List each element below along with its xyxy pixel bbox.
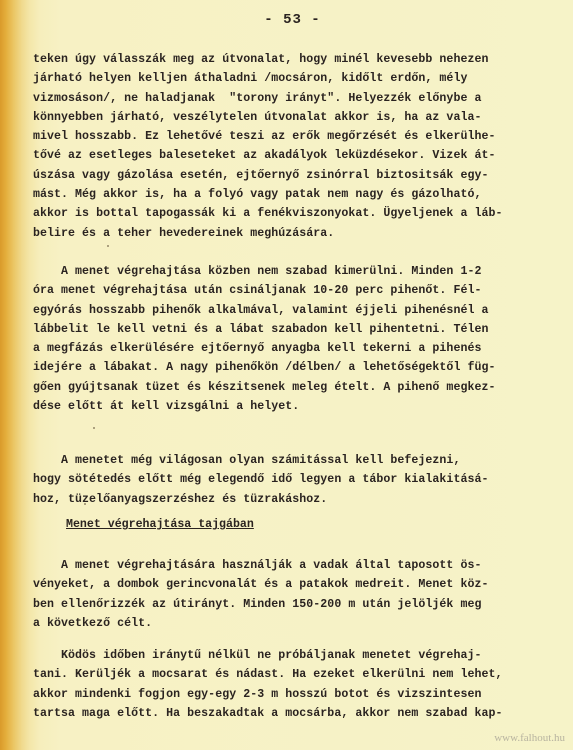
text-line: A menetet még világosan olyan számitássa… (33, 451, 563, 470)
text-line: akkor mindenki fogjon egy-egy 2-3 m hoss… (33, 685, 563, 704)
text-line: vényeket, a dombok gerincvonalát és a pa… (33, 575, 563, 594)
text-line: járható helyen kelljen áthaladni /mocsár… (33, 69, 563, 88)
ink-speck (127, 501, 129, 503)
ink-speck (107, 245, 109, 247)
page-number: - 53 - (0, 12, 573, 28)
text-line: teken úgy válasszák meg az útvonalat, ho… (33, 50, 563, 69)
text-line: vizmosáson/, ne haladjanak "torony irány… (33, 89, 563, 108)
ink-speck (84, 503, 86, 505)
paragraph-5: Ködös időben iránytű nélkül ne próbáljan… (33, 646, 563, 723)
text-line: úszása vagy gázolása esetén, ejtőernyő z… (33, 166, 563, 185)
paragraph-4: A menet végrehajtására használják a vada… (33, 556, 563, 633)
text-line: A menet végrehajtására használják a vada… (33, 556, 563, 575)
text-line: tartsa maga előtt. Ha beszakadtak a mocs… (33, 704, 563, 723)
text-line: ben ellenőrizzék az útirányt. Minden 150… (33, 595, 563, 614)
paragraph-1: teken úgy válasszák meg az útvonalat, ho… (33, 50, 563, 243)
text-line: dése előtt át kell vizsgálni a helyet. (33, 397, 563, 416)
text-line: mást. Még akkor is, ha a folyó vagy pata… (33, 185, 563, 204)
section-heading: Menet végrehajtása tajgában (66, 518, 254, 531)
text-line: a megfázás elkerülésére ejtőernyő anyagb… (33, 339, 563, 358)
text-line: tővé az esetleges baleseteket az akadály… (33, 146, 563, 165)
text-line: A menet végrehajtása közben nem szabad k… (33, 262, 563, 281)
text-line: tani. Kerüljék a mocsarat és nádast. Ha … (33, 665, 563, 684)
text-line: Ködös időben iránytű nélkül ne próbáljan… (33, 646, 563, 665)
text-line: a következő célt. (33, 614, 563, 633)
text-line: akkor is bottal tapogassák ki a fenékvis… (33, 204, 563, 223)
ink-speck (93, 427, 95, 429)
text-line: könnyebben járható, veszélytelen útvonal… (33, 108, 563, 127)
paragraph-3: A menetet még világosan olyan számitássa… (33, 451, 563, 509)
text-line: mivel hosszabb. Ez lehetővé teszi az erő… (33, 127, 563, 146)
text-line: lábbelit le kell vetni és a lábat szabad… (33, 320, 563, 339)
scanned-page: - 53 - teken úgy válasszák meg az útvona… (0, 0, 573, 750)
text-line: hoz, tüzelőanyagszerzéshez és tüzrakásho… (33, 490, 563, 509)
text-line: belire és a teher hevedereinek meghúzásá… (33, 224, 563, 243)
text-line: idejére a lábakat. A nagy pihenőkön /dél… (33, 358, 563, 377)
text-line: hogy sötétedés előtt még elegendő idő le… (33, 470, 563, 489)
text-line: egyórás hosszabb pihenők alkalmával, val… (33, 301, 563, 320)
text-line: gően gyújtsanak tüzet és készitsenek mel… (33, 378, 563, 397)
watermark: www.falhout.hu (494, 732, 565, 744)
paragraph-2: A menet végrehajtása közben nem szabad k… (33, 262, 563, 416)
text-line: óra menet végrehajtása után csináljanak … (33, 281, 563, 300)
